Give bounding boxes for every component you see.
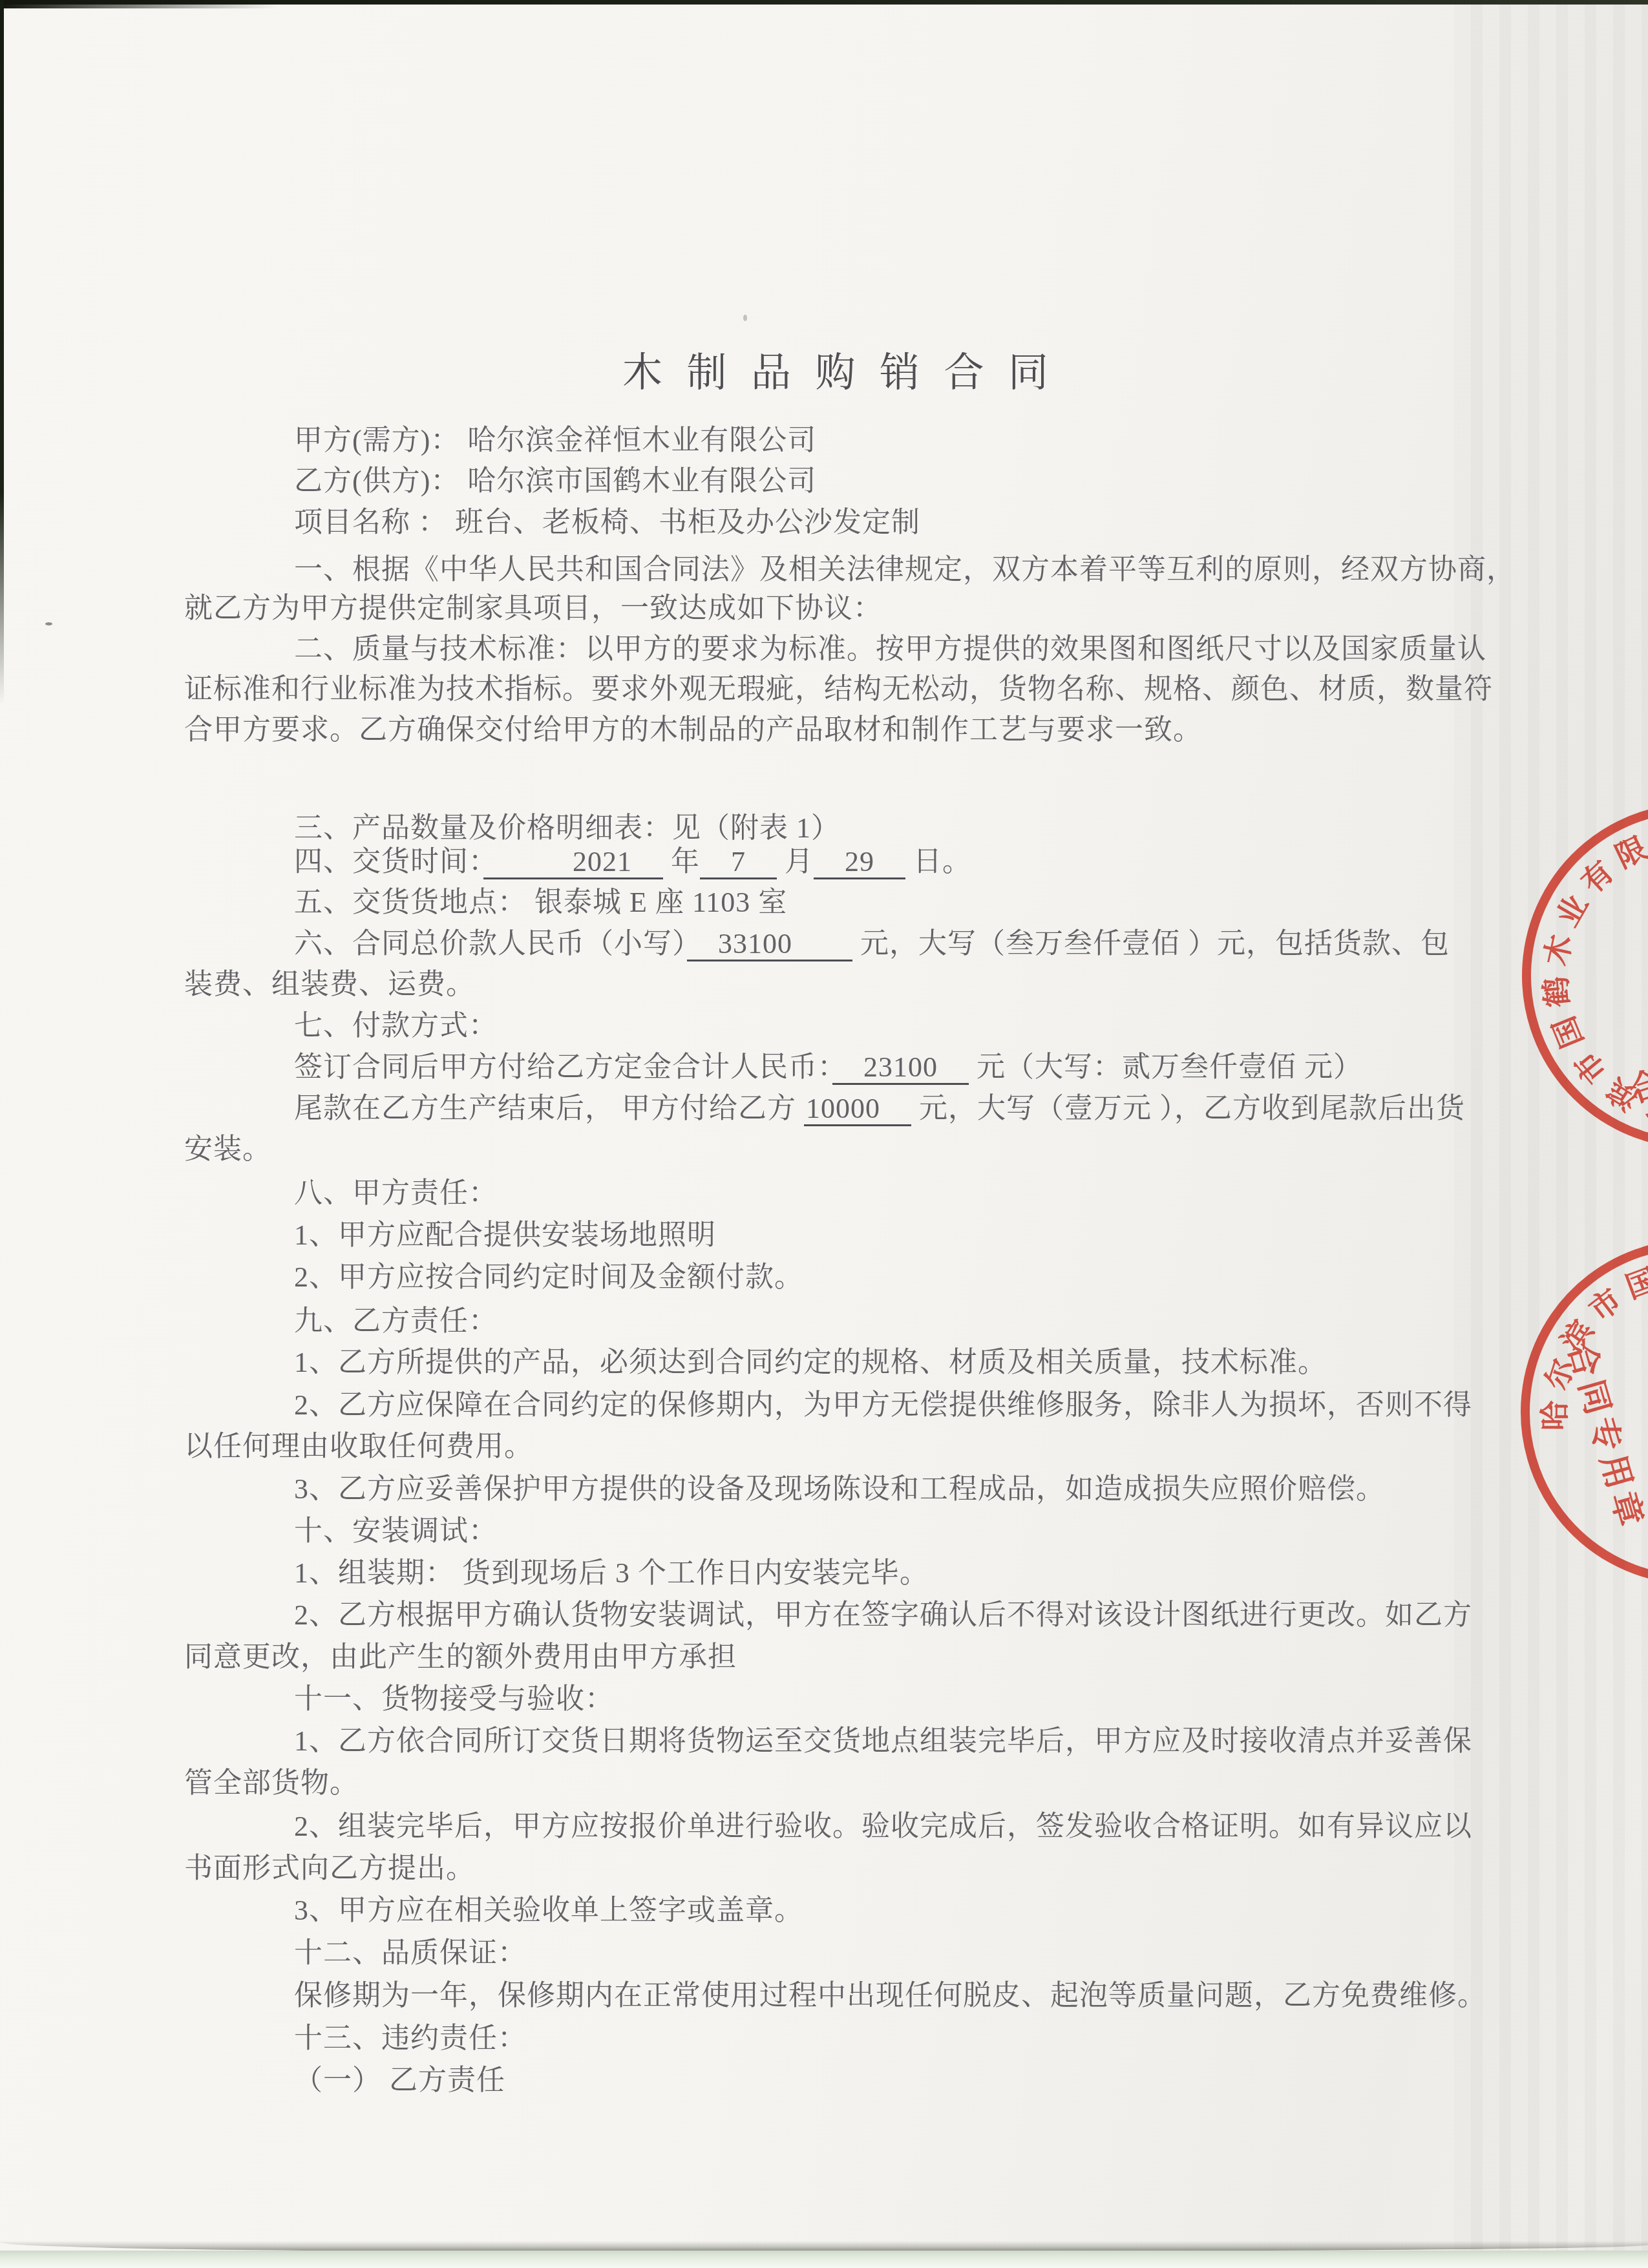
text-run: 1、乙方所提供的产品，必须达到合同约定的规格、材质及相关质量，技术标准。	[294, 1347, 1327, 1378]
text-run: 管全部货物。	[184, 1767, 359, 1799]
text-line: 十、安装调试：	[294, 1507, 498, 1549]
text-run: 一、根据《中华人民共和国合同法》及相关法律规定，双方本着平等互利的原则，经双方协…	[294, 554, 1516, 585]
text-run: 尾款在乙方生产结束后， 甲方付给乙方	[294, 1093, 804, 1124]
red-contract-seal-lower: 哈尔滨市国鹤木业有限公司 合同专用章	[1486, 1205, 1648, 1619]
text-run: 元，大写（叁万叁仟壹佰 ）元，包括货款、包	[852, 928, 1450, 960]
text-run: 2、甲方应按合同约定时间及金额付款。	[294, 1261, 803, 1293]
text-run: 签订合同后甲方付给乙方定金合计人民币：	[294, 1051, 832, 1083]
text-run: 二、质量与技术标准：以甲方的要求为标准。按甲方提供的效果图和图纸尺寸以及国家质量…	[294, 633, 1486, 665]
text-line: 十一、货物接受与验收：	[294, 1675, 614, 1717]
text-run: （一） 乙方责任	[294, 2064, 505, 2096]
page-title: 木 制 品 购 销 合 同	[622, 341, 1055, 398]
scan-speck	[45, 622, 52, 625]
scan-edge-left	[0, 0, 4, 704]
text-line: 证标准和行业标准为技术指标。要求外观无瑕疵，结构无松动，货物名称、规格、颜色、材…	[184, 666, 1493, 707]
text-run: 以任何理由收取任何费用。	[184, 1431, 533, 1462]
filled-blank: 10000	[804, 1093, 911, 1126]
text-line: 十二、品质保证：	[294, 1929, 527, 1971]
text-line: 乙方(供方)： 哈尔滨市国鹤木业有限公司	[294, 457, 816, 499]
filled-blank: 23100	[832, 1051, 969, 1085]
paper-bottom-edge-shadow	[0, 2241, 1648, 2251]
text-run: 安装。	[184, 1133, 271, 1165]
text-run: 十三、违约责任：	[294, 2022, 527, 2054]
text-line: 1、甲方应配合提供安装场地照明	[294, 1212, 716, 1253]
text-run: 九、乙方责任：	[294, 1305, 498, 1337]
text-line: 一、根据《中华人民共和国合同法》及相关法律规定，双方本着平等互利的原则，经双方协…	[294, 546, 1516, 587]
text-line: 四、交货时间： 2021 年 7 月 29 日。	[294, 838, 971, 879]
text-line: 就乙方为甲方提供定制家具项目，一致达成如下协议：	[184, 585, 882, 626]
scan-edge-top-left-corner	[0, 0, 278, 8]
text-line: 甲方(需方)： 哈尔滨金祥恒木业有限公司	[294, 417, 816, 458]
text-run: 八、甲方责任：	[294, 1177, 498, 1209]
red-contract-seal-upper: 哈尔滨市国鹤木业有限公司 合同专用章	[1488, 769, 1648, 1182]
text-run: 装费、组装费、运费。	[184, 969, 475, 1000]
scan-speck	[743, 315, 747, 321]
text-run: 乙方(供方)： 哈尔滨市国鹤木业有限公司	[294, 465, 816, 497]
text-line: 项目名称 ： 班台、老板椅、书柜及办公沙发定制	[294, 499, 920, 540]
text-run: 1、组装期： 货到现场后 3 个工作日内安装完毕。	[294, 1557, 929, 1589]
text-run: 七、付款方式：	[294, 1010, 498, 1042]
text-run: 1、甲方应配合提供安装场地照明	[294, 1219, 716, 1251]
text-line: 1、组装期： 货到现场后 3 个工作日内安装完毕。	[294, 1549, 929, 1591]
text-line: 装费、组装费、运费。	[184, 961, 475, 1002]
text-line: 十三、违约责任：	[294, 2015, 527, 2056]
text-line: 2、甲方应按合同约定时间及金额付款。	[294, 1254, 803, 1295]
text-run: 项目名称 ： 班台、老板椅、书柜及办公沙发定制	[294, 507, 920, 538]
text-run: 证标准和行业标准为技术指标。要求外观无瑕疵，结构无松动，货物名称、规格、颜色、材…	[184, 673, 1493, 705]
text-run: 元，大写（壹万元 ），乙方收到尾款后出货	[911, 1093, 1465, 1124]
text-run: 合甲方要求。乙方确保交付给甲方的木制品的产品取材和制作工艺与要求一致。	[184, 714, 1202, 746]
text-run: 十、安装调试：	[294, 1515, 498, 1547]
text-run: 四、交货时间：	[294, 846, 483, 877]
text-line: 二、质量与技术标准：以甲方的要求为标准。按甲方提供的效果图和图纸尺寸以及国家质量…	[294, 625, 1486, 667]
seal-center-text: 合同专用章	[1561, 1339, 1648, 1535]
text-run: 2、乙方根据甲方确认货物安装调试，甲方在签字确认后不得对该设计图纸进行更改。如乙…	[294, 1599, 1472, 1631]
text-line: 2、乙方应保障在合同约定的保修期内，为甲方无偿提供维修服务，除非人为损坏，否则不…	[294, 1381, 1472, 1423]
text-run: 甲方(需方)： 哈尔滨金祥恒木业有限公司	[294, 425, 816, 456]
text-run: 五、交货货地点： 银泰城 E 座 1103 室	[294, 887, 787, 918]
text-line: 安装。	[184, 1126, 271, 1167]
text-run: 1、乙方依合同所订交货日期将货物运至交货地点组装完毕后，甲方应及时接收清点并妥善…	[294, 1725, 1472, 1757]
text-run: 元（大写：贰万叁仟壹佰 元）	[969, 1051, 1362, 1083]
text-line: 3、乙方应妥善保护甲方提供的设备及现场陈设和工程成品，如造成损失应照价赔偿。	[294, 1465, 1385, 1507]
text-line: 书面形式向乙方提出。	[184, 1845, 475, 1886]
text-line: 2、组装完毕后，甲方应按报价单进行验收。验收完成后，签发验收合格证明。如有异议应…	[294, 1803, 1472, 1844]
text-line: （一） 乙方责任	[294, 2057, 505, 2098]
text-line: 九、乙方责任：	[294, 1297, 498, 1339]
text-run: 年	[663, 846, 700, 877]
text-run: 就乙方为甲方提供定制家具项目，一致达成如下协议：	[184, 593, 882, 624]
text-line: 合甲方要求。乙方确保交付给甲方的木制品的产品取材和制作工艺与要求一致。	[184, 706, 1202, 748]
text-line: 1、乙方所提供的产品，必须达到合同约定的规格、材质及相关质量，技术标准。	[294, 1339, 1327, 1380]
text-line: 同意更改，由此产生的额外费用由甲方承担	[184, 1633, 737, 1675]
text-run: 月	[777, 846, 814, 877]
text-run: 日。	[905, 846, 971, 877]
text-line: 七、付款方式：	[294, 1002, 498, 1044]
text-run: 十二、品质保证：	[294, 1937, 527, 1969]
text-line: 八、甲方责任：	[294, 1170, 498, 1211]
text-line: 3、甲方应在相关验收单上签字或盖章。	[294, 1887, 803, 1928]
text-line: 1、乙方依合同所订交货日期将货物运至交货地点组装完毕后，甲方应及时接收清点并妥善…	[294, 1717, 1472, 1759]
scanned-contract-page: 木 制 品 购 销 合 同 甲方(需方)： 哈尔滨金祥恒木业有限公司乙方(供方)…	[0, 0, 1648, 2268]
text-line: 2、乙方根据甲方确认货物安装调试，甲方在签字确认后不得对该设计图纸进行更改。如乙…	[294, 1591, 1472, 1633]
text-line: 保修期为一年，保修期内在正常使用过程中出现任何脱皮、起泡等质量问题，乙方免费维修…	[294, 1972, 1486, 2013]
text-line: 尾款在乙方生产结束后， 甲方付给乙方 10000 元，大写（壹万元 ），乙方收到…	[294, 1085, 1465, 1126]
scanner-bed-strip	[0, 2251, 1648, 2268]
text-line: 五、交货货地点： 银泰城 E 座 1103 室	[294, 879, 787, 920]
filled-blank: 7	[700, 846, 777, 879]
text-run: 书面形式向乙方提出。	[184, 1853, 475, 1884]
text-run: 3、乙方应妥善保护甲方提供的设备及现场陈设和工程成品，如造成损失应照价赔偿。	[294, 1473, 1385, 1505]
text-run: 2、乙方应保障在合同约定的保修期内，为甲方无偿提供维修服务，除非人为损坏，否则不…	[294, 1389, 1472, 1421]
text-run: 保修期为一年，保修期内在正常使用过程中出现任何脱皮、起泡等质量问题，乙方免费维修…	[294, 1980, 1486, 2011]
text-line: 六、合同总价款人民币（小写） 33100 元，大写（叁万叁仟壹佰 ）元，包括货款…	[294, 920, 1450, 961]
text-run: 3、甲方应在相关验收单上签字或盖章。	[294, 1895, 803, 1926]
filled-blank: 2021	[483, 846, 663, 879]
text-line: 签订合同后甲方付给乙方定金合计人民币： 23100 元（大写：贰万叁仟壹佰 元）	[294, 1044, 1362, 1085]
text-line: 管全部货物。	[184, 1759, 359, 1801]
text-run: 六、合同总价款人民币（小写）	[294, 928, 687, 960]
filled-blank: 29	[814, 846, 905, 879]
text-run: 同意更改，由此产生的额外费用由甲方承担	[184, 1641, 737, 1673]
text-line: 以任何理由收取任何费用。	[184, 1423, 533, 1464]
text-run: 2、组装完毕后，甲方应按报价单进行验收。验收完成后，签发验收合格证明。如有异议应…	[294, 1811, 1472, 1842]
text-run: 十一、货物接受与验收：	[294, 1683, 614, 1715]
filled-blank: 33100	[687, 928, 852, 961]
